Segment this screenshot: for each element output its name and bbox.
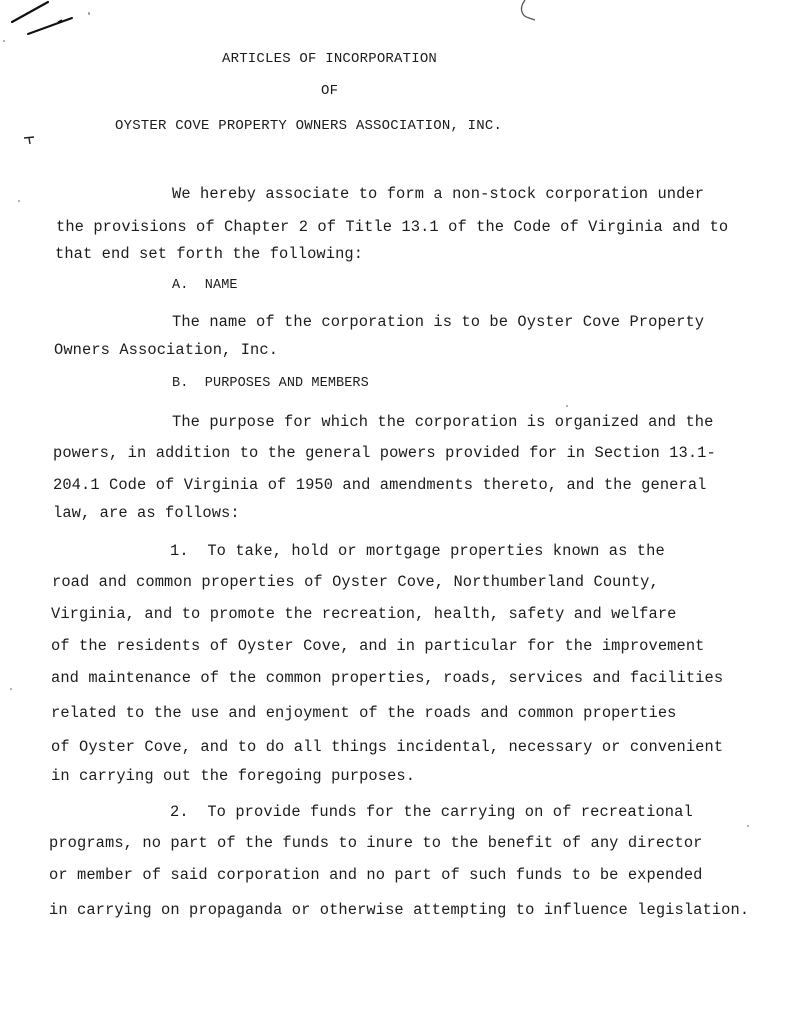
item-1-line: of Oyster Cove, and to do all things inc… [51, 738, 723, 756]
title-line-1: ARTICLES OF INCORPORATION [222, 50, 437, 68]
item-1-line: in carrying out the foregoing purposes. [51, 767, 415, 785]
item-2-line: programs, no part of the funds to inure … [49, 834, 703, 852]
scan-speck [566, 405, 568, 407]
intro-line: that end set forth the following: [55, 245, 363, 263]
item-1-line: Virginia, and to promote the recreation,… [51, 605, 677, 623]
handwritten-bracket-mark [515, 0, 545, 24]
scan-speck [18, 200, 20, 202]
section-a-line: The name of the corporation is to be Oys… [172, 313, 704, 331]
scan-speck [747, 825, 749, 827]
section-b-heading: B. PURPOSES AND MEMBERS [172, 375, 369, 393]
item-1-line: road and common properties of Oyster Cov… [52, 573, 659, 591]
section-b-line: law, are as follows: [53, 504, 240, 522]
intro-line: We hereby associate to form a non-stock … [172, 185, 704, 203]
section-a-line: Owners Association, Inc. [54, 341, 278, 359]
section-b-line: 204.1 Code of Virginia of 1950 and amend… [53, 476, 707, 494]
scan-speck [10, 688, 12, 690]
scan-speck [88, 12, 90, 15]
document-page: ARTICLES OF INCORPORATION OF OYSTER COVE… [0, 0, 800, 1029]
item-2-line: in carrying on propaganda or otherwise a… [49, 901, 749, 919]
scan-speck [3, 40, 5, 42]
margin-mark [22, 132, 38, 148]
section-a-heading: A. NAME [172, 277, 238, 295]
handwritten-check-mark [0, 0, 90, 45]
item-1-line: 1. To take, hold or mortgage properties … [170, 542, 665, 560]
title-line-3: OYSTER COVE PROPERTY OWNERS ASSOCIATION,… [115, 117, 502, 135]
item-1-line: related to the use and enjoyment of the … [51, 704, 677, 722]
item-1-line: of the residents of Oyster Cove, and in … [51, 637, 705, 655]
section-b-line: powers, in addition to the general power… [53, 444, 716, 462]
item-1-line: and maintenance of the common properties… [51, 669, 723, 687]
item-2-line: 2. To provide funds for the carrying on … [170, 803, 693, 821]
title-line-2: OF [321, 82, 338, 100]
intro-line: the provisions of Chapter 2 of Title 13.… [56, 218, 728, 236]
item-2-line: or member of said corporation and no par… [49, 866, 703, 884]
section-b-line: The purpose for which the corporation is… [172, 413, 713, 431]
